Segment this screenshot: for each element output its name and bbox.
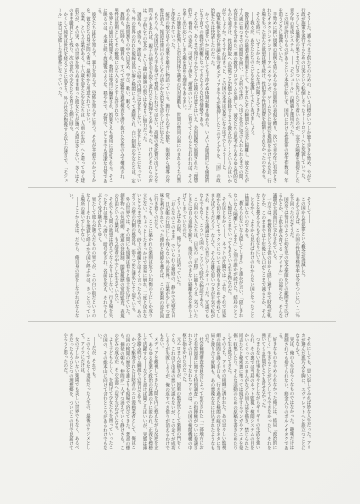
paragraph: メディアを敵視してきた人間を内に抱えながら反逆を企て、あらゆる産業と政治の庇護の… <box>136 333 159 450</box>
paragraph: あえて言えば、この国の性犯罪検挙率は今年ついに〇・二％を下回ったのだそうだ。 <box>288 193 299 318</box>
paragraph: 卒業、という言葉がある。十八歳を迎えた少女たちは「人前の生活」へと還ってゆく建前… <box>68 8 85 183</box>
paragraph: ――我々が、あなたたちのこどもを保護してさしあげましょう。 <box>249 8 255 183</box>
paragraph: 国会では毎日のように幼年児の安全保障をどの範囲まで広げるかとか、子供を産み育てる… <box>271 193 288 318</box>
paragraph: 彼女たちは性を知らず、暴力を知らず、恐怖を知らずに育つ。それが幸福なのかどうかを… <box>85 8 96 183</box>
paragraph: ――ここから先は、だから、俺自身の話をしなければならない。 <box>68 193 79 318</box>
paragraph: 元エロまんが描きが、国策の監査官として楽園の門をくぐる。これほど出来の悪い冗談も… <box>158 333 181 450</box>
paragraph: こうして最適化の果てまで行きついた先にたどり着いたのが、完全な隔離を前提とした青… <box>288 8 299 183</box>
paragraph: この国の大人たちは、目先の「平穏」に縋りつき、気づいたときには自ら退路を断ち、後… <box>181 193 198 318</box>
paragraph: それでも人間の欲望は消えてなくなりはしない。行き場を失ったそれは地下へ潜り、暗号… <box>96 193 113 318</box>
paragraph: 実は、俺の人生はろくなものではなかった。趣味だけは規制されても捨てられない、筋金… <box>277 333 294 450</box>
paragraph: そういえばあの時、俺にアリスは語っていた。 <box>175 193 181 318</box>
paragraph: それはともかく――、ネットの片隅では「ふむ、それでは家庭から切り離してセックスに… <box>198 193 226 318</box>
paragraph: 「教えられないなら隠してしまえ」と誰かが言い、「隠しきれないなら隔離してしまえ」… <box>226 193 243 318</box>
paragraph: もちろん、全国民がもろ手を挙げて賛成したわけではない。高額の委託費の出どころを問… <box>141 8 158 183</box>
paragraph: そうして―― <box>305 193 311 318</box>
paragraph: かくて児童をいかに確保しても干渉せぬ体制が動き始めた。いよいよ経済的にも倫理的に… <box>198 8 209 183</box>
section-divider-bottom <box>28 321 336 322</box>
paragraph: それにしても、思い返してみれば妙な人生だった。アリカが選んだ悪巧みを胸に、エヴァ… <box>294 333 311 450</box>
paragraph: かくして純度は世代を経るごとに高まり、外の社会が想像する以上の速さで、「モジュー… <box>57 8 68 183</box>
scanned-page: そうした、護るべき子供たちのための、という目標がいつしか独り歩きを始め、やがて行… <box>0 0 360 504</box>
paragraph: もっとも、ここに築かれた楽園は危うい均衡の上にしか成り立たない。ちょっとしたきっ… <box>130 193 153 318</box>
paragraph: より子どもらしく、を掲げて少女たちを囲っていったこの国の、その総本山に向けて含む… <box>96 333 113 450</box>
paragraph: 教育課程からの最適な選別策として、生まれたその瞬間から完全に隔離し、彼女たちが十… <box>221 8 249 183</box>
paragraph: 統計の数字はその成果を雄弁に物語っている。施行からわずか数年、街頭から補導の対象… <box>158 8 169 183</box>
paragraph: この国が誇れるものがあるという本説に恥じず、国内における性犯罪の発生件数は、年を… <box>277 8 288 183</box>
paragraph: 一方では、性教育をどう子供の目から隠し通すかで財政が軋むとか、このままでは十年後… <box>254 193 271 318</box>
paragraph: 教師も、医師も、職員も、すべてが厳格な適性検査を潜り抜けた女性のみで構成され、男… <box>113 8 124 183</box>
section-divider-top <box>28 187 336 188</box>
paragraph: 女の子しかいない楽園でも美しい世界でもなく、あるべきだったもうひとつの理想郷を、… <box>62 333 79 450</box>
paragraph: そのうち、アリカの組織に誘われた。あの忌々しい監視網の隙間を縫う手口も、行き過ぎ… <box>204 333 227 450</box>
paragraph: この施策を批判した市民団体や識者の反対運動も、世間の賛同の渦にのまれるうち自然と… <box>170 8 181 183</box>
paragraph: かつて駆逐された日陰者のエロ漫画業者として、俺はこの国の検閲の歴史を誰よりも現場… <box>113 333 136 450</box>
paragraph: 外の世界では、その間にも規制は着々と領土を広げていた。創作物への包囲網、流通の登… <box>113 193 130 318</box>
paragraph: 果たして彼らが選んだものの果てが、この白い街だというのなら――それを地獄と呼ぶか… <box>79 193 96 318</box>
paragraph: そうした、護るべき子供たちのための、という目標がいつしか独り歩きを始め、やがて行… <box>300 8 311 183</box>
text-band-bottom: それにしても、思い返してみれば妙な人生だった。アリカが選んだ悪巧みを胸に、エヴァ… <box>57 333 311 450</box>
text-band-top: そうした、護るべき子供たちのための、という目標がいつしか独り歩きを始め、やがて行… <box>57 8 311 183</box>
paragraph: 手始めに緩い規制の前例を盾にあらゆる出版物の表現を縛り、次いで青少年に有害とされ… <box>260 8 277 183</box>
paragraph: 好きなものをやめられなかった俺には、結局「政治的に正しく」生きることがどうしても… <box>260 333 277 450</box>
paragraph: 政策転換を望む世論と保守系メディアまでもが後押ししたこのアイデアを、「国」の政治… <box>209 8 220 183</box>
paragraph: そんな中、あくまで預けるかどうかは親の任意とはいえ、全国規模で展開された「理想的… <box>181 8 198 183</box>
paragraph: この国から性犯罪という概念が消滅した。 <box>300 193 306 318</box>
paragraph: つまらない仕事を転々としながらギリギリの生活を強いられ、その裏では当局のネット監… <box>226 333 260 450</box>
paragraph: 誘拐も、虐待も、搾取も、この壁の内側には存在しない。存在しないことになっている。… <box>124 8 141 183</box>
text-band-middle: そうして――この国から性犯罪という概念が消滅した。あえて言えば、この国の性犯罪検… <box>57 193 311 318</box>
paragraph: このろくでもなく退屈だった人生の、最後のケジメとして。アイツにだけは、 <box>79 333 90 450</box>
paragraph: 社会倫理審査委員会によって布告された「一部地方における有害図書に関する特別調査」… <box>181 333 204 450</box>
paragraph: 外界との通信は検閲され、教材は専用に編纂され、娯楽さえも専用に設計される。そこに… <box>96 8 113 183</box>
paragraph: 「おんなのこのまま」でいられる箱庭の、静かで完璧な日常。日記帳の行間にしか残らな… <box>153 193 176 318</box>
paragraph: ともかく、よそから見ればわけのわからない国となったことは間違いないのである。 <box>243 193 254 318</box>
paragraph: ――だが、それでも。 <box>90 333 96 450</box>
